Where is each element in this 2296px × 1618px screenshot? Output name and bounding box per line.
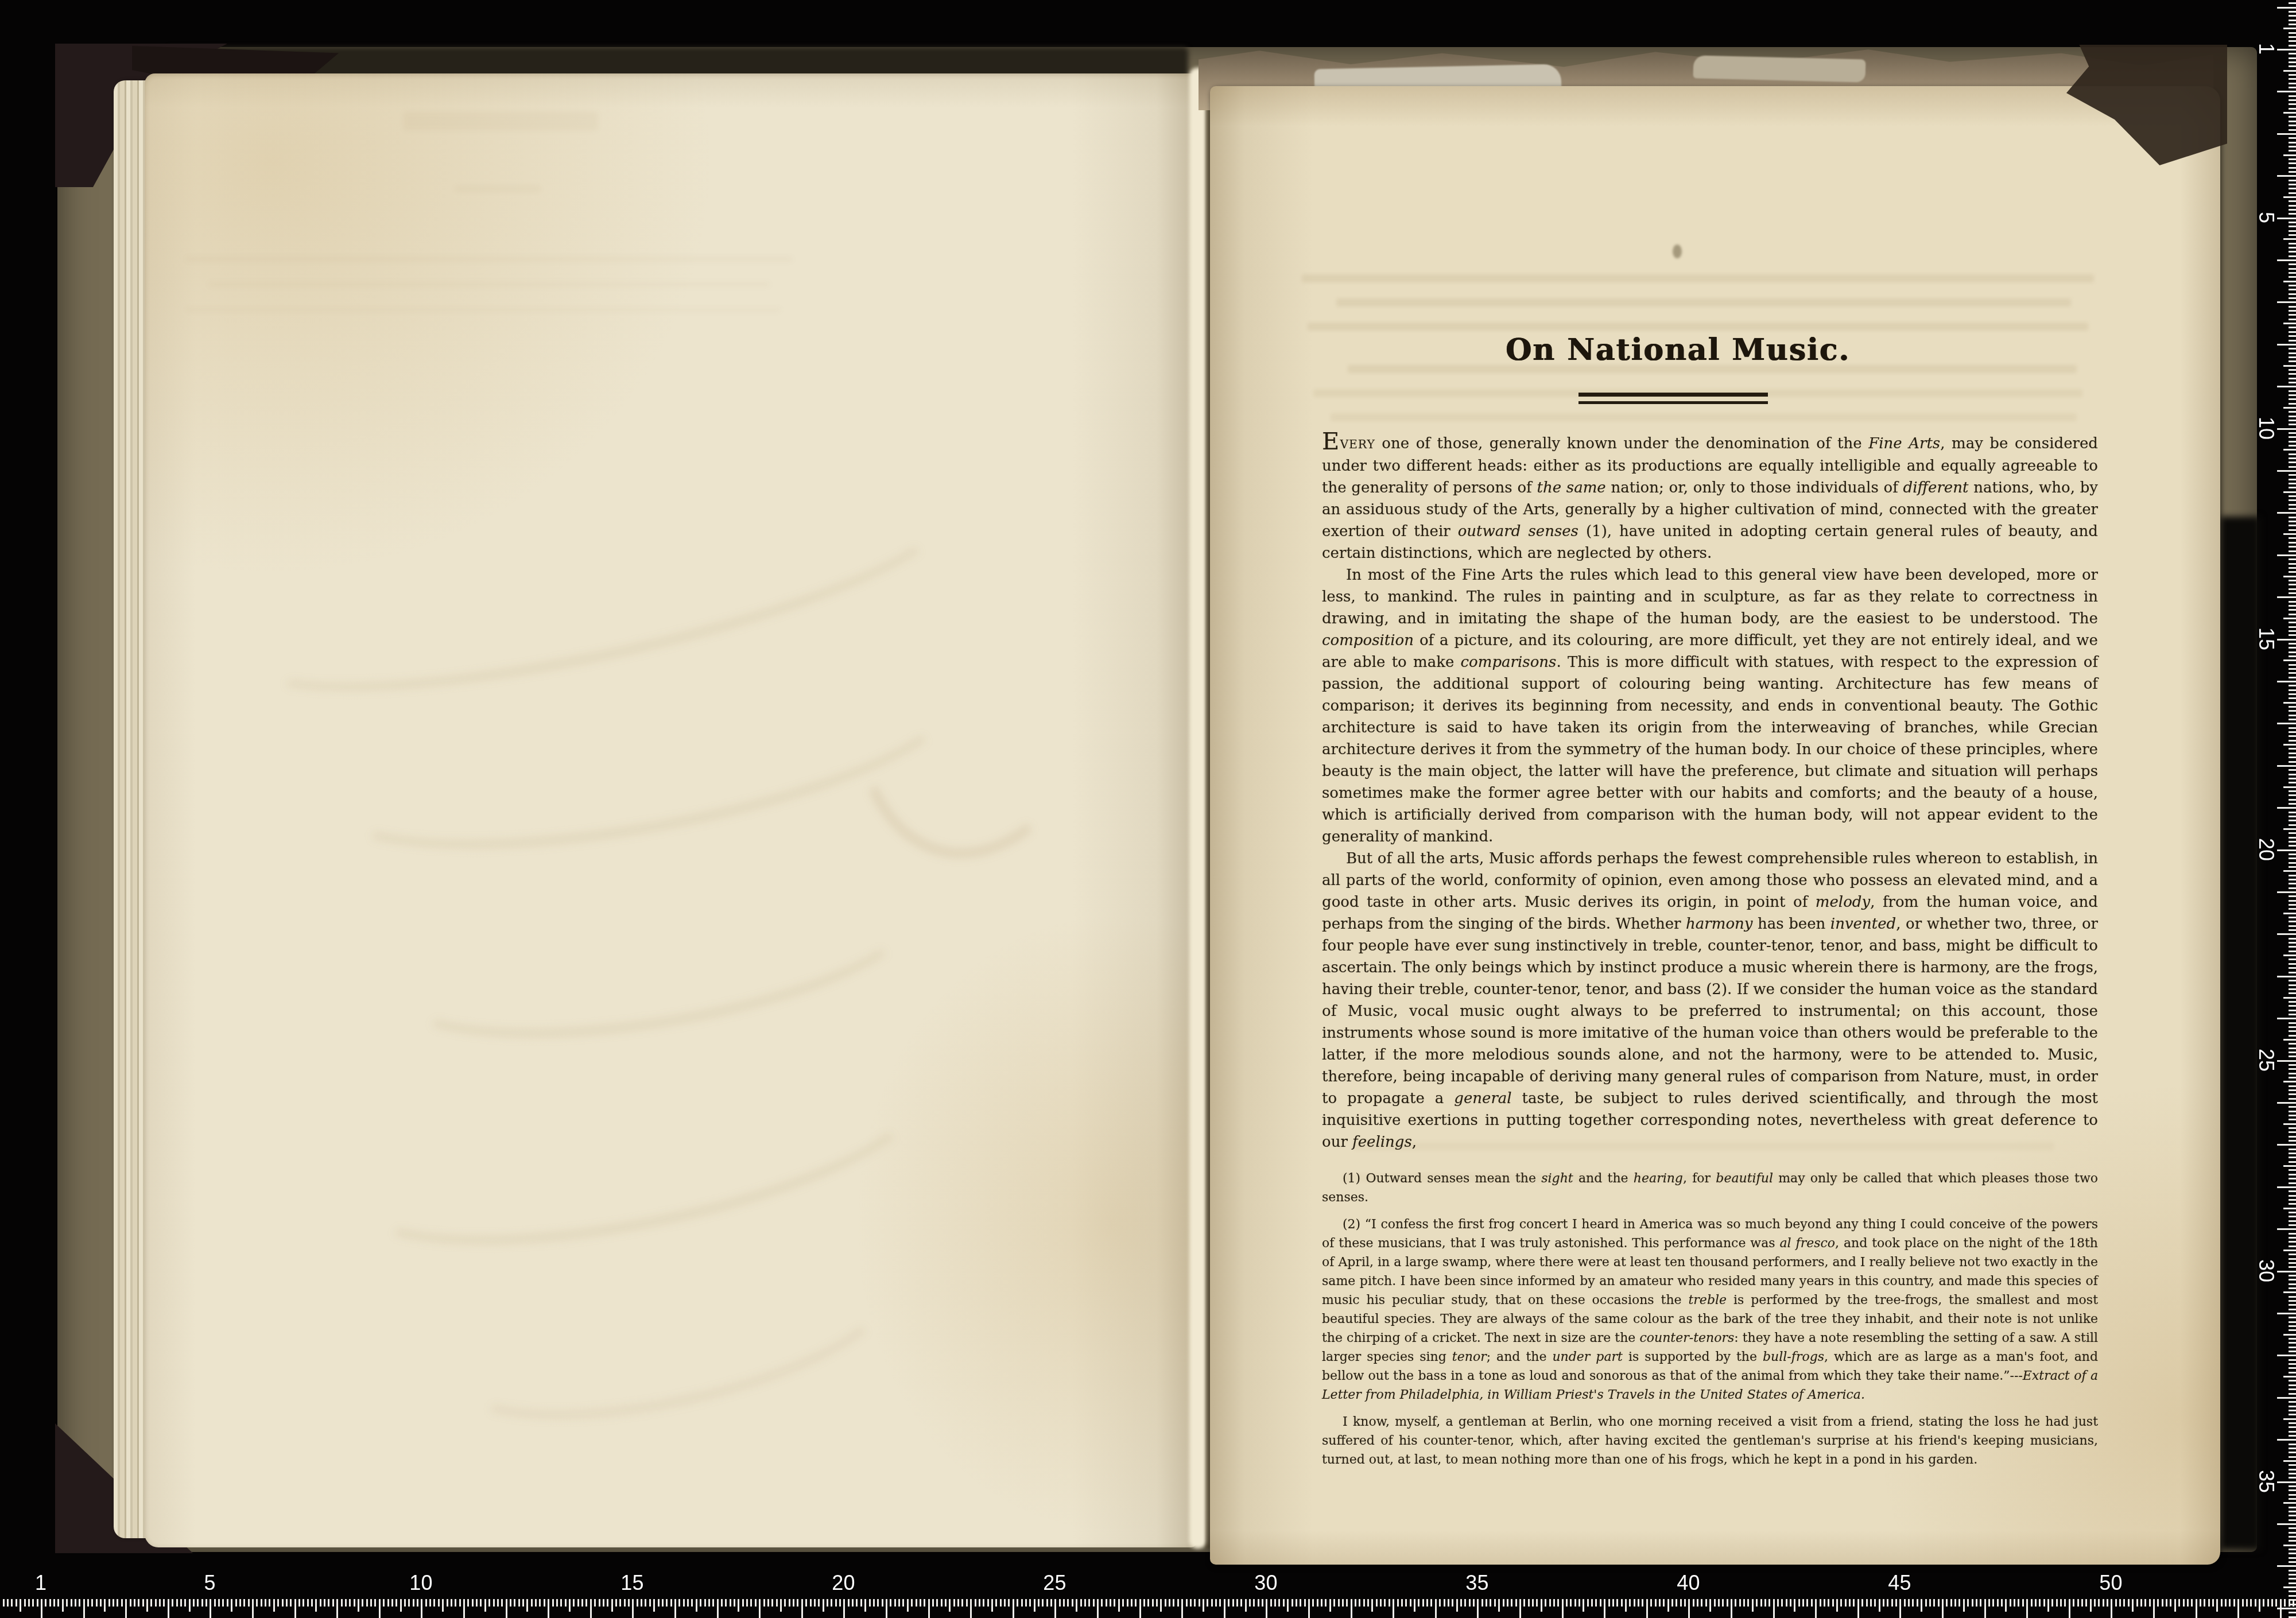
show-through-script-stroke <box>329 1006 943 1283</box>
ruler-tick <box>2283 70 2296 72</box>
ruler-tick <box>2277 301 2296 303</box>
ruler-bottom-label: 15 <box>620 1571 643 1595</box>
ruler-tick <box>1608 1599 1610 1607</box>
ruler-tick <box>1456 1599 1458 1612</box>
ruler-tick <box>2283 744 2296 746</box>
ruler-tick <box>2289 314 2296 316</box>
ruler-tick <box>1671 1599 1673 1607</box>
ruler-tick <box>585 1599 587 1607</box>
ruler-tick <box>1857 1599 1859 1618</box>
ruler-tick <box>2289 1022 2296 1024</box>
ruler-tick <box>484 1599 486 1612</box>
ruler-tick <box>1950 1599 1952 1607</box>
ruler-tick <box>421 1599 422 1618</box>
ruler-tick <box>341 1599 343 1607</box>
ruler-tick <box>298 1599 300 1607</box>
ruler-tick <box>1160 1599 1162 1612</box>
ruler-tick <box>2289 769 2296 771</box>
ruler-tick <box>1727 1599 1728 1607</box>
ruler-tick <box>307 1599 309 1607</box>
ruler-tick <box>2157 1599 2159 1607</box>
ruler-tick <box>2289 499 2296 501</box>
ruler-tick <box>2289 1001 2296 1003</box>
ruler-tick <box>1752 1599 1754 1612</box>
ruler-tick <box>2289 1540 2296 1542</box>
ruler-tick <box>2289 567 2296 569</box>
ruler-tick <box>2289 340 2296 342</box>
ruler-tick <box>734 1599 735 1607</box>
text-segment: E <box>1322 427 1340 455</box>
ruler-tick <box>2277 891 2296 893</box>
ruler-tick <box>2056 1599 2058 1607</box>
ruler-tick <box>603 1599 604 1607</box>
ruler-tick <box>2289 853 2296 855</box>
ruler-tick <box>1984 1599 1986 1618</box>
ruler-tick <box>28 1599 30 1607</box>
ruler-tick <box>2289 1414 2296 1415</box>
ruler-tick <box>1642 1599 1643 1607</box>
ruler-tick <box>117 1599 118 1607</box>
ruler-tick <box>1697 1599 1698 1607</box>
ruler-tick <box>2289 137 2296 139</box>
ruler-tick <box>2289 1393 2296 1395</box>
ruler-tick <box>379 1599 381 1618</box>
ruler-tick <box>1059 1599 1061 1607</box>
ruler-tick <box>2289 327 2296 328</box>
ruler-tick <box>2277 1439 2296 1441</box>
ruler-tick <box>1912 1599 1914 1607</box>
ruler-tick <box>2289 748 2296 750</box>
ruler-tick <box>678 1599 680 1607</box>
ruler-tick <box>2289 1401 2296 1403</box>
ruler-tick <box>2289 1456 2296 1458</box>
ruler-tick <box>2277 1060 2296 1062</box>
ruler-tick <box>1583 1599 1584 1612</box>
italic-text: tenor <box>1452 1350 1487 1364</box>
ruler-tick <box>2289 319 2296 320</box>
ruler-tick <box>2289 1026 2296 1028</box>
text-segment: and the <box>1573 1171 1634 1186</box>
ruler-tick <box>932 1599 934 1607</box>
ruler-tick <box>2289 672 2296 674</box>
ruler-tick <box>2283 1334 2296 1336</box>
ruler-tick <box>2277 175 2296 177</box>
ruler-tick <box>911 1599 913 1607</box>
ruler-tick <box>1507 1599 1508 1607</box>
ruler-tick <box>1541 1599 1542 1612</box>
ruler-tick <box>2289 1296 2296 1298</box>
ruler-tick <box>1824 1599 1825 1607</box>
ruler-tick <box>2289 213 2296 215</box>
ruler-tick <box>2166 1599 2167 1607</box>
ruler-tick <box>2289 103 2296 105</box>
ruler-tick <box>2289 20 2296 21</box>
ruler-tick <box>2289 1115 2296 1116</box>
ruler-tick <box>662 1599 664 1607</box>
ruler-tick <box>1899 1599 1901 1618</box>
ruler-tick <box>1139 1599 1141 1618</box>
ruler-tick <box>2289 521 2296 522</box>
ruler-tick <box>1118 1599 1120 1612</box>
ruler-tick <box>2289 980 2296 981</box>
ruler-tick <box>1127 1599 1128 1607</box>
ruler-tick <box>2149 1599 2151 1607</box>
ruler-tick <box>2283 870 2296 872</box>
ruler-tick <box>2289 508 2296 510</box>
ruler-tick <box>1490 1599 1491 1607</box>
ruler-tick <box>2289 180 2296 181</box>
ruler-tick <box>2204 1599 2205 1607</box>
ruler-tick <box>1464 1599 1466 1607</box>
ruler-tick <box>1629 1599 1631 1607</box>
ruler-tick <box>2289 1148 2296 1150</box>
ruler-tick <box>2289 234 2296 236</box>
ruler-tick <box>2263 1599 2264 1607</box>
text-segment: , <box>1412 1134 1417 1151</box>
ruler-tick <box>506 1599 507 1618</box>
ruler-tick <box>1976 1599 1977 1607</box>
ruler-tick <box>2289 74 2296 76</box>
ruler-tick <box>2289 1612 2296 1613</box>
ruler-tick <box>2289 563 2296 565</box>
footnote: (2) “I confess the first frog concert I … <box>1322 1215 2098 1404</box>
ruler-tick <box>2289 209 2296 211</box>
ruler-tick <box>163 1599 165 1607</box>
ruler-tick <box>2289 1477 2296 1479</box>
ruler-tick <box>2289 1220 2296 1222</box>
ruler-tick <box>413 1599 414 1607</box>
ruler-tick <box>2289 841 2296 843</box>
ruler-tick <box>302 1599 304 1607</box>
ruler-tick <box>2289 609 2296 611</box>
ruler-tick <box>2289 1111 2296 1112</box>
ruler-tick <box>354 1599 355 1607</box>
ruler-tick <box>315 1599 317 1612</box>
ruler-tick <box>2289 816 2296 817</box>
ruler-tick <box>2170 1599 2171 1607</box>
ruler-tick <box>1532 1599 1534 1607</box>
body-paragraph: But of all the arts, Music affords perha… <box>1322 848 2098 1153</box>
ruler-tick <box>336 1599 338 1618</box>
ruler-bottom-label: 5 <box>204 1571 215 1595</box>
italic-text: treble <box>1689 1293 1727 1307</box>
ruler-tick <box>210 1599 211 1618</box>
ruler-tick <box>916 1599 917 1607</box>
ruler-tick <box>2277 259 2296 261</box>
ruler-tick <box>2289 416 2296 417</box>
ruler-tick <box>1101 1599 1103 1607</box>
ruler-tick <box>189 1599 191 1612</box>
ruler-tick <box>864 1599 866 1612</box>
ruler-tick <box>2289 529 2296 531</box>
ruler-tick <box>451 1599 452 1607</box>
ruler-tick <box>1680 1599 1682 1607</box>
footnote: (1) Outward senses mean the sight and th… <box>1322 1169 2098 1207</box>
ruler-tick <box>1963 1599 1965 1612</box>
ruler-tick <box>2289 1195 2296 1197</box>
ruler-tick <box>2277 133 2296 135</box>
ruler-tick <box>493 1599 495 1607</box>
ruler-tick <box>2289 356 2296 358</box>
ruler-tick <box>2098 1599 2100 1607</box>
ruler-tick <box>108 1599 110 1607</box>
ruler-tick <box>1021 1599 1023 1607</box>
ruler-tick <box>2289 222 2296 223</box>
ruler-tick <box>2289 289 2296 290</box>
ruler-tick <box>2289 643 2296 645</box>
ruler-tick <box>531 1599 533 1607</box>
ruler-tick <box>1574 1599 1576 1607</box>
ruler-tick <box>2289 647 2296 649</box>
ruler-tick <box>2277 218 2296 219</box>
ruler-tick <box>1735 1599 1736 1607</box>
ruler-tick <box>2289 487 2296 488</box>
ruler-tick <box>1283 1599 1285 1607</box>
ruler-tick <box>2283 365 2296 367</box>
ruler-tick <box>2289 546 2296 548</box>
ruler-tick <box>2289 441 2296 443</box>
ruler-tick <box>2289 929 2296 931</box>
show-through-script-stroke <box>377 836 929 1069</box>
ruler-tick <box>1405 1599 1407 1607</box>
ruler-tick <box>2283 112 2296 114</box>
ruler-tick <box>818 1599 820 1607</box>
ruler-tick <box>2289 158 2296 160</box>
ruler-tick <box>1536 1599 1538 1607</box>
ruler-tick <box>2289 36 2296 38</box>
ruler-tick <box>2289 263 2296 265</box>
ruler-tick <box>2289 1570 2296 1572</box>
ruler-tick <box>2289 601 2296 603</box>
ruler-tick <box>1203 1599 1204 1612</box>
ruler-tick <box>2289 1388 2296 1390</box>
ruler-tick <box>1177 1599 1179 1607</box>
ruler-tick <box>1317 1599 1318 1607</box>
ruler-tick <box>2289 95 2296 97</box>
ruler-tick <box>738 1599 739 1612</box>
ruler-tick <box>2289 972 2296 973</box>
ruler-tick <box>2289 782 2296 783</box>
ruler-tick <box>480 1599 482 1607</box>
ruler-tick <box>1329 1599 1331 1612</box>
text-segment: , or whether two, three, or four people … <box>1322 915 2098 1107</box>
ruler-tick <box>1895 1599 1897 1607</box>
ruler-tick <box>1325 1599 1327 1607</box>
ruler-tick <box>1832 1599 1834 1607</box>
ruler-tick <box>2289 146 2296 148</box>
ruler-tick <box>2289 125 2296 126</box>
ruler-tick <box>961 1599 963 1607</box>
ruler-tick <box>1701 1599 1702 1607</box>
ruler-tick <box>2283 154 2296 156</box>
ruler-tick <box>953 1599 955 1607</box>
ruler-tick <box>488 1599 490 1607</box>
ruler-tick <box>1063 1599 1065 1607</box>
ruler-tick <box>548 1599 549 1618</box>
ruler-tick <box>2289 306 2296 308</box>
ruler-tick <box>2277 1144 2296 1146</box>
text-segment: is supported by the <box>1623 1350 1763 1364</box>
ruler-tick <box>2289 129 2296 131</box>
ruler-tick <box>71 1599 72 1607</box>
ruler-tick <box>2293 1599 2294 1607</box>
ruler-tick <box>2283 659 2296 661</box>
ruler-tick <box>1165 1599 1166 1607</box>
ruler-tick <box>2001 1599 2003 1607</box>
ruler-tick <box>2283 1291 2296 1293</box>
ruler-tick <box>565 1599 567 1607</box>
ruler-tick <box>1110 1599 1111 1607</box>
ruler-tick <box>1152 1599 1154 1607</box>
ruler-tick <box>2289 1435 2296 1437</box>
ruler-tick <box>1954 1599 1956 1607</box>
ruler-tick <box>2277 1186 2296 1188</box>
ruler-tick <box>2289 24 2296 25</box>
ruler-tick <box>2289 369 2296 371</box>
ruler-tick <box>2289 1275 2296 1276</box>
ruler-tick <box>2289 1599 2290 1607</box>
ruler-tick <box>1384 1599 1386 1607</box>
ruler-tick <box>2289 495 2296 497</box>
ruler-tick <box>2289 895 2296 897</box>
ruler-tick <box>2275 1599 2277 1607</box>
ruler-tick <box>2289 908 2296 910</box>
ruler-tick <box>2283 1123 2296 1125</box>
ruler-tick <box>2289 420 2296 421</box>
ruler-tick <box>1840 1599 1842 1607</box>
ruler-tick <box>2289 988 2296 990</box>
ruler-tick <box>2289 1010 2296 1011</box>
ruler-tick <box>970 1599 972 1618</box>
ruler-tick <box>2060 1599 2062 1607</box>
show-through-rule <box>455 186 541 192</box>
ruler-tick <box>1904 1599 1906 1607</box>
ruler-tick <box>1883 1599 1884 1607</box>
ruler-tick <box>2233 1599 2235 1607</box>
ruler-tick <box>2289 517 2296 518</box>
ruler-tick <box>2289 382 2296 383</box>
ruler-tick <box>2283 238 2296 240</box>
right-page-text: On National Music. EVERY one of those, g… <box>1210 86 2220 1565</box>
ruler-tick <box>159 1599 161 1607</box>
ruler-tick <box>691 1599 693 1607</box>
ruler-tick <box>2289 1372 2296 1373</box>
ruler-tick <box>2289 1532 2296 1534</box>
ruler-tick <box>645 1599 646 1607</box>
ruler-tick <box>1684 1599 1686 1607</box>
ruler-tick <box>2289 1519 2296 1521</box>
ruler-tick <box>134 1599 135 1607</box>
ruler-tick <box>2132 1599 2134 1612</box>
ruler-tick <box>273 1599 275 1612</box>
ruler-tick <box>1570 1599 1572 1607</box>
ruler-tick <box>2255 1599 2256 1607</box>
ruler-tick <box>2119 1599 2121 1607</box>
ruler-tick <box>2289 411 2296 413</box>
ruler-tick <box>1131 1599 1133 1607</box>
ruler-bottom-label: 1 <box>35 1571 46 1595</box>
ruler-tick <box>1173 1599 1174 1607</box>
ruler-tick <box>2289 693 2296 695</box>
ruler-tick <box>2289 1056 2296 1057</box>
ruler-tick <box>1042 1599 1044 1607</box>
paper-shard <box>1693 55 1866 82</box>
ruler-tick <box>2289 87 2296 88</box>
ruler-tick <box>2289 942 2296 944</box>
ruler-tick <box>2289 297 2296 299</box>
ruler-tick <box>936 1599 938 1607</box>
ruler-tick <box>2289 685 2296 686</box>
ruler-tick <box>2283 1165 2296 1167</box>
ruler-tick <box>1278 1599 1280 1607</box>
ruler-tick <box>1312 1599 1314 1607</box>
ruler-tick <box>2283 491 2296 493</box>
ruler-tick <box>1972 1599 1973 1607</box>
ruler-tick <box>2289 1599 2296 1601</box>
ruler-tick <box>1393 1599 1394 1618</box>
ruler-tick <box>1190 1599 1192 1607</box>
ruler-tick <box>2289 167 2296 169</box>
ruler-tick <box>1097 1599 1099 1618</box>
ruler-tick <box>2283 1418 2296 1420</box>
ruler-tick <box>2289 1089 2296 1091</box>
ruler-tick <box>2289 655 2296 657</box>
ruler-tick <box>2289 799 2296 801</box>
ruler-tick <box>995 1599 997 1607</box>
ruler-tick <box>1739 1599 1741 1607</box>
ruler-tick <box>1523 1599 1525 1607</box>
ruler-tick <box>205 1599 207 1607</box>
ruler-tick <box>2289 1258 2296 1260</box>
ruler-tick <box>2267 1599 2269 1607</box>
ruler-tick <box>2289 1093 2296 1095</box>
ruler-tick <box>2277 1271 2296 1272</box>
italic-text: comparisons <box>1461 654 1557 671</box>
ruler-tick <box>184 1599 186 1607</box>
ruler-tick <box>1426 1599 1428 1607</box>
ruler-tick <box>218 1599 220 1607</box>
page-title: On National Music. <box>1290 329 2066 371</box>
ruler-tick <box>742 1599 744 1607</box>
ruler-tick <box>79 1599 80 1607</box>
ruler-tick <box>1296 1599 1297 1607</box>
ruler-tick <box>848 1599 850 1607</box>
ruler-tick <box>1503 1599 1504 1607</box>
ruler-tick <box>1084 1599 1086 1607</box>
ruler-tick <box>581 1599 583 1607</box>
ruler-tick <box>1355 1599 1356 1607</box>
ruler-tick <box>2289 285 2296 286</box>
ruler-tick <box>2289 925 2296 927</box>
ruler-tick <box>2289 1030 2296 1032</box>
ruler-tick <box>2144 1599 2146 1607</box>
text-segment: has been <box>1752 915 1830 933</box>
ruler-tick <box>637 1599 638 1607</box>
ruler-tick <box>311 1599 313 1607</box>
ruler-tick <box>2283 1586 2296 1588</box>
ruler-tick <box>2289 205 2296 207</box>
ruler-tick <box>2289 1338 2296 1340</box>
ruler-tick <box>1253 1599 1255 1607</box>
ruler-tick <box>2289 348 2296 350</box>
ruler-tick <box>1481 1599 1483 1607</box>
ruler-tick <box>104 1599 106 1612</box>
ruler-tick <box>687 1599 689 1607</box>
ruler-tick <box>886 1599 887 1618</box>
ruler-tick <box>2289 900 2296 902</box>
ruler-tick <box>902 1599 904 1607</box>
ruler-tick <box>1722 1599 1724 1607</box>
